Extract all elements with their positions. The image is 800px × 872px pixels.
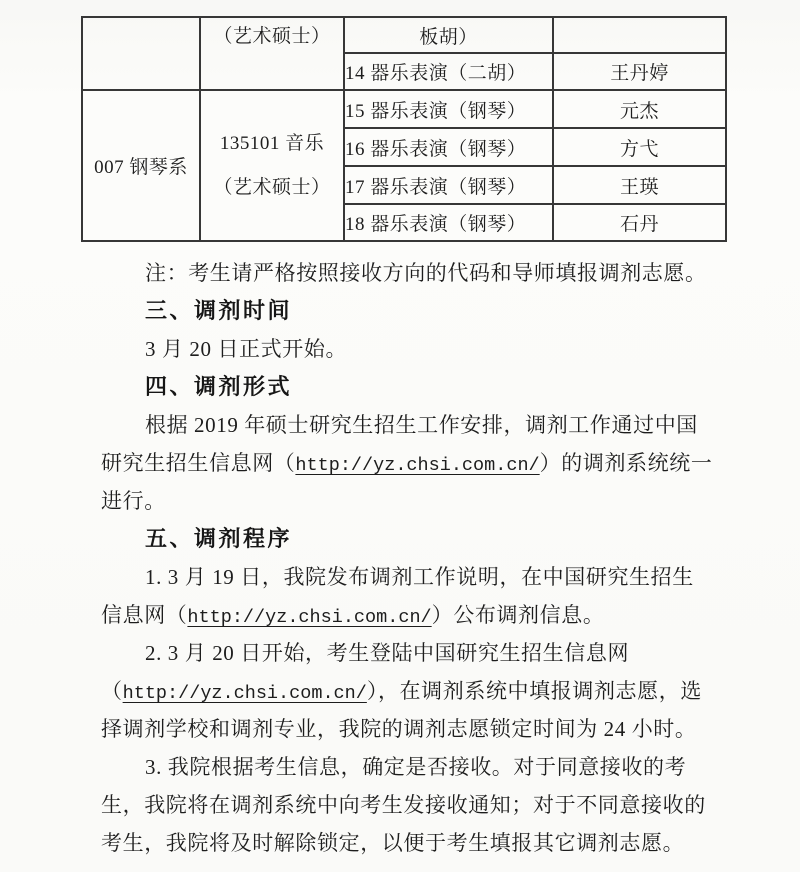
paragraph-line: 1. 3 月 19 日，我院发布调剂工作说明，在中国研究生招生 <box>101 558 731 596</box>
line-text: ）的调剂系统统一 <box>540 451 713 475</box>
chsi-url-link: http://yz.chsi.com.cn/ <box>123 683 367 704</box>
program-cell: 135101 音乐 （艺术硕士） <box>200 90 344 241</box>
paragraph-line: 进行。 <box>101 482 731 520</box>
section-heading-5: 五、调剂程序 <box>101 520 731 558</box>
tutor-cell: 石丹 <box>553 204 726 241</box>
paragraph-line: 2. 3 月 20 日开始，考生登陆中国研究生招生信息网 <box>101 634 731 672</box>
program-cell-partial: （艺术硕士） <box>200 17 344 90</box>
paragraph-line: 考生，我院将及时解除锁定，以便于考生填报其它调剂志愿。 <box>101 824 731 862</box>
direction-cell: 18 器乐表演（钢琴） <box>344 204 553 241</box>
direction-cell: 17 器乐表演（钢琴） <box>344 166 553 204</box>
transfer-tutor-table: （艺术硕士） 板胡） 14 器乐表演（二胡） 王丹婷 007 钢琴系 13510… <box>81 16 727 242</box>
note-line: 注：考生请严格按照接收方向的代码和导师填报调剂志愿。 <box>101 254 731 292</box>
tutor-cell: 元杰 <box>553 90 726 128</box>
paragraph-line: （http://yz.chsi.com.cn/），在调剂系统中填报调剂志愿，选 <box>101 672 731 710</box>
chsi-url-link: http://yz.chsi.com.cn/ <box>187 607 431 628</box>
section-heading-4: 四、调剂形式 <box>101 368 731 406</box>
line-text: （ <box>101 679 123 703</box>
line-text: ），在调剂系统中填报调剂志愿，选 <box>367 679 702 703</box>
line-text: 研究生招生信息网（ <box>101 451 295 475</box>
program-line: （艺术硕士） <box>201 166 343 210</box>
paragraph-line: 信息网（http://yz.chsi.com.cn/）公布调剂信息。 <box>101 596 731 634</box>
paragraph-line: 生，我院将在调剂系统中向考生发接收通知；对于不同意接收的 <box>101 786 731 824</box>
paragraph-line: 3 月 20 日正式开始。 <box>101 330 731 368</box>
tutor-cell: 王丹婷 <box>553 53 726 90</box>
tutor-cell: 王瑛 <box>553 166 726 204</box>
tutor-cell: 方弋 <box>553 128 726 166</box>
paragraph-line: 根据 2019 年硕士研究生招生工作安排，调剂工作通过中国 <box>101 406 731 444</box>
direction-cell: 15 器乐表演（钢琴） <box>344 90 553 128</box>
chsi-url-link: http://yz.chsi.com.cn/ <box>295 455 539 476</box>
section-heading-3: 三、调剂时间 <box>101 292 731 330</box>
paragraph-line: 择调剂学校和调剂专业，我院的调剂志愿锁定时间为 24 小时。 <box>101 710 731 748</box>
dept-cell: 007 钢琴系 <box>82 90 200 241</box>
table-row: 007 钢琴系 135101 音乐 （艺术硕士） 15 器乐表演（钢琴） 元杰 <box>82 90 726 128</box>
paragraph-line: 研究生招生信息网（http://yz.chsi.com.cn/）的调剂系统统一 <box>101 444 731 482</box>
table-row: （艺术硕士） 板胡） <box>82 17 726 53</box>
program-line: （艺术硕士） <box>201 25 343 49</box>
line-text: 信息网（ <box>101 603 187 627</box>
dept-cell-partial <box>82 17 200 90</box>
tutor-cell <box>553 17 726 53</box>
direction-cell: 14 器乐表演（二胡） <box>344 53 553 90</box>
direction-cell: 板胡） <box>344 17 553 53</box>
paragraph-line: 3. 我院根据考生信息，确定是否接收。对于同意接收的考 <box>101 748 731 786</box>
program-line: 135101 音乐 <box>201 122 343 166</box>
tutor-table-section: （艺术硕士） 板胡） 14 器乐表演（二胡） 王丹婷 007 钢琴系 13510… <box>81 16 727 242</box>
line-text: ）公布调剂信息。 <box>432 603 605 627</box>
direction-cell: 16 器乐表演（钢琴） <box>344 128 553 166</box>
document-body: 注：考生请严格按照接收方向的代码和导师填报调剂志愿。 三、调剂时间 3 月 20… <box>101 254 731 862</box>
